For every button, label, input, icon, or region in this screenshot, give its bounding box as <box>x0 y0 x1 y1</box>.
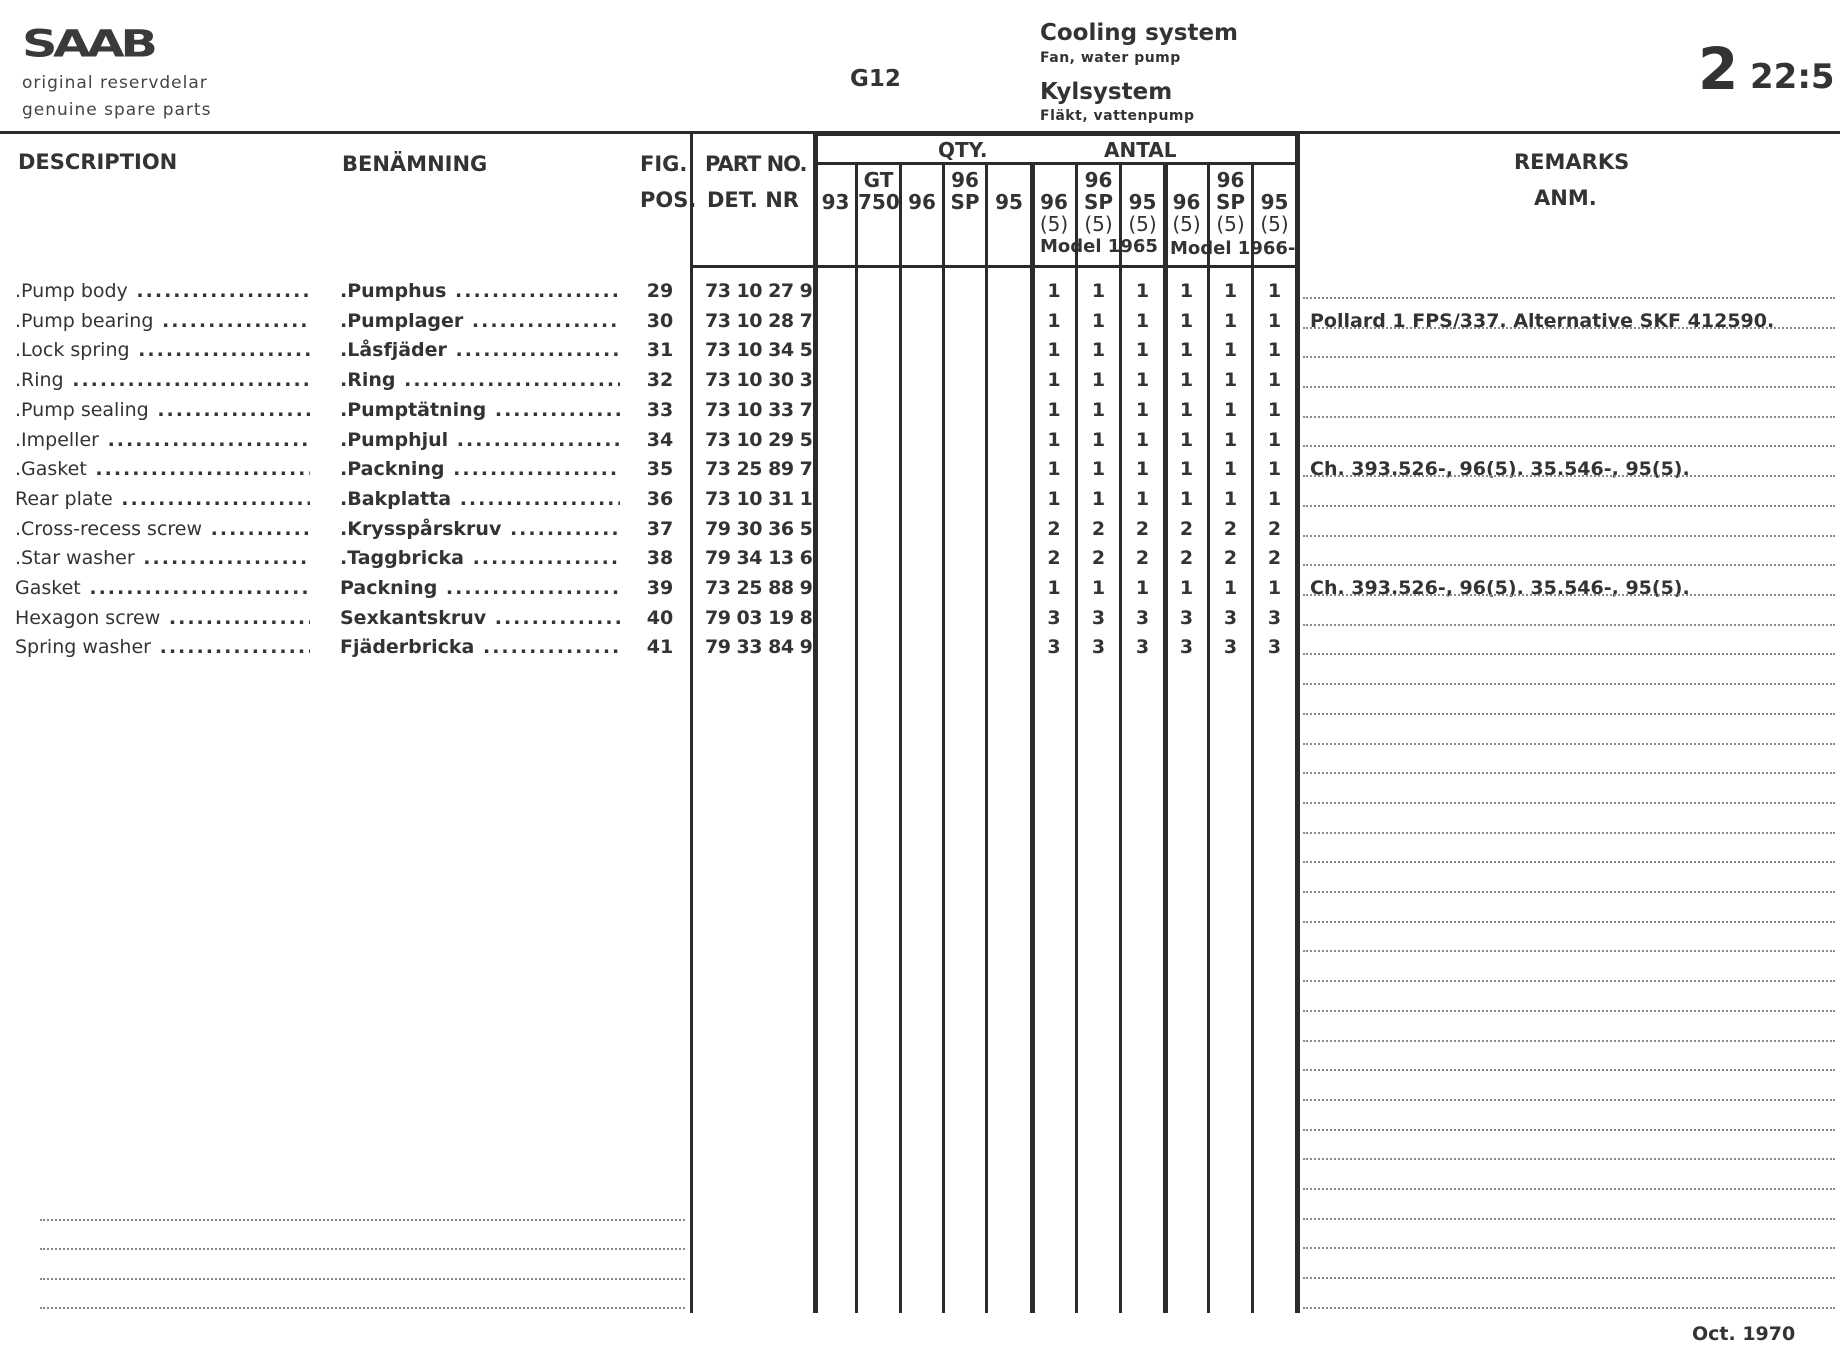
row-part-number: 79 30 36 5 <box>705 518 809 540</box>
remarks-dotted-line <box>1303 713 1835 715</box>
row-fig-pos: 35 <box>640 458 680 480</box>
row-qty: 2 <box>1033 547 1075 569</box>
subtitle-swedish: Fläkt, vattenpump <box>1040 108 1195 124</box>
row-part-number: 79 03 19 8 <box>705 607 809 629</box>
qty-model-header: 93 <box>816 191 855 213</box>
remarks-dotted-line <box>1303 505 1835 507</box>
remarks-dotted-line <box>1303 356 1835 358</box>
title-english: Cooling system <box>1040 20 1238 46</box>
qty-model-header: 95 <box>1122 191 1163 213</box>
row-qty: 3 <box>1078 636 1119 658</box>
row-qty: 3 <box>1122 607 1163 629</box>
row-qty: 1 <box>1166 429 1207 451</box>
remarks-dotted-line <box>1303 535 1835 537</box>
row-benamning: Fjäderbricka <box>340 636 620 658</box>
row-qty: 1 <box>1122 458 1163 480</box>
remarks-dotted-line <box>1303 1099 1835 1101</box>
row-qty: 1 <box>1122 339 1163 361</box>
row-part-number: 73 10 29 5 <box>705 429 809 451</box>
row-qty: 3 <box>1078 607 1119 629</box>
remarks-dotted-line <box>1303 921 1835 923</box>
tagline-english: genuine spare parts <box>22 100 211 120</box>
remarks-dotted-line <box>1303 594 1835 596</box>
remarks-dotted-line <box>1303 624 1835 626</box>
row-qty: 1 <box>1254 458 1295 480</box>
remarks-dotted-line <box>1303 861 1835 863</box>
row-part-number: 73 25 88 9 <box>705 577 809 599</box>
footer-date: Oct. 1970 <box>1692 1323 1795 1345</box>
description-dotted-line <box>40 1278 685 1280</box>
row-benamning: Sexkantskruv <box>340 607 620 629</box>
row-fig-pos: 34 <box>640 429 680 451</box>
remarks-dotted-line <box>1303 1129 1835 1131</box>
table-row: .Lock spring.Låsfjäder3173 10 34 5111111 <box>0 339 1840 369</box>
row-fig-pos: 30 <box>640 310 680 332</box>
row-description: .Lock spring <box>15 339 310 361</box>
column-pos: POS. <box>640 188 696 212</box>
row-qty: 2 <box>1210 518 1251 540</box>
row-benamning: Packning <box>340 577 620 599</box>
qty-header-mid-rule <box>813 162 1298 165</box>
row-qty: 2 <box>1254 547 1295 569</box>
table-row: Rear plate.Bakplatta3673 10 31 1111111 <box>0 488 1840 518</box>
row-qty: 1 <box>1078 280 1119 302</box>
row-qty: 2 <box>1122 518 1163 540</box>
row-part-number: 73 10 27 9 <box>705 280 809 302</box>
row-qty: 1 <box>1166 339 1207 361</box>
row-qty: 1 <box>1166 310 1207 332</box>
row-fig-pos: 36 <box>640 488 680 510</box>
row-benamning: .Pumptätning <box>340 399 620 421</box>
qty-model-header: 96 <box>902 191 942 213</box>
row-benamning: .Packning <box>340 458 620 480</box>
row-part-number: 79 34 13 6 <box>705 547 809 569</box>
column-fig: FIG. <box>640 152 687 176</box>
row-qty: 1 <box>1033 577 1075 599</box>
remarks-dotted-line <box>1303 1307 1835 1309</box>
remarks-dotted-line <box>1303 327 1835 329</box>
qty-model-header: SP <box>1210 191 1251 213</box>
table-row: .Star washer.Taggbricka3879 34 13 622222… <box>0 547 1840 577</box>
group-code: G12 <box>850 66 901 92</box>
row-qty: 1 <box>1254 488 1295 510</box>
remarks-dotted-line <box>1303 1158 1835 1160</box>
row-qty: 1 <box>1254 280 1295 302</box>
remarks-dotted-line <box>1303 832 1835 834</box>
table-row: Hexagon screwSexkantskruv4079 03 19 8333… <box>0 607 1840 637</box>
qty-header-top-rule <box>813 133 1298 136</box>
page-number: 22:5 <box>1750 60 1835 94</box>
row-fig-pos: 39 <box>640 577 680 599</box>
table-row: .Gasket.Packning3573 25 89 7111111Ch. 39… <box>0 458 1840 488</box>
table-row: .Pump bearing.Pumplager3073 10 28 711111… <box>0 310 1840 340</box>
row-qty: 1 <box>1166 399 1207 421</box>
column-description: DESCRIPTION <box>18 150 177 174</box>
remarks-dotted-line <box>1303 683 1835 685</box>
remarks-dotted-line <box>1303 1277 1835 1279</box>
row-fig-pos: 31 <box>640 339 680 361</box>
row-qty: 1 <box>1254 429 1295 451</box>
row-qty: 1 <box>1122 399 1163 421</box>
qty-model-header: 96 <box>945 169 985 191</box>
row-qty: 1 <box>1033 339 1075 361</box>
row-description: .Pump bearing <box>15 310 310 332</box>
row-qty: 1 <box>1254 339 1295 361</box>
row-description: .Star washer <box>15 547 310 569</box>
row-qty: 1 <box>1078 310 1119 332</box>
remarks-dotted-line <box>1303 1188 1835 1190</box>
row-description: .Pump sealing <box>15 399 310 421</box>
row-qty: 1 <box>1210 399 1251 421</box>
row-part-number: 73 25 89 7 <box>705 458 809 480</box>
description-dotted-line <box>40 1248 685 1250</box>
row-qty: 3 <box>1210 636 1251 658</box>
column-qty: QTY. <box>938 138 987 162</box>
row-qty: 1 <box>1078 488 1119 510</box>
remarks-dotted-line <box>1303 1218 1835 1220</box>
table-row: Spring washerFjäderbricka4179 33 84 9333… <box>0 636 1840 666</box>
qty-model-header: 96 <box>1166 191 1207 213</box>
column-anm: ANM. <box>1534 186 1597 210</box>
row-qty: 2 <box>1254 518 1295 540</box>
description-dotted-line <box>40 1219 685 1221</box>
row-fig-pos: 29 <box>640 280 680 302</box>
column-benamning: BENÄMNING <box>342 152 487 176</box>
remarks-dotted-line <box>1303 564 1835 566</box>
row-fig-pos: 40 <box>640 607 680 629</box>
row-benamning: .Krysspårskruv <box>340 518 620 540</box>
row-qty: 2 <box>1078 547 1119 569</box>
row-part-number: 73 10 33 7 <box>705 399 809 421</box>
row-qty: 3 <box>1166 607 1207 629</box>
remarks-dotted-line <box>1303 1069 1835 1071</box>
row-benamning: .Pumphjul <box>340 429 620 451</box>
qty-model-header: (5) <box>1033 213 1075 235</box>
row-qty: 1 <box>1210 488 1251 510</box>
row-qty: 3 <box>1254 607 1295 629</box>
row-qty: 1 <box>1122 577 1163 599</box>
row-qty: 1 <box>1210 458 1251 480</box>
row-qty: 1 <box>1254 310 1295 332</box>
row-fig-pos: 37 <box>640 518 680 540</box>
header-bottom-rule <box>690 265 1298 268</box>
table-row: .Ring.Ring3273 10 30 3111111 <box>0 369 1840 399</box>
column-part-no: PART NO. <box>705 152 807 176</box>
model-1965-label: Model 1965 <box>1040 236 1158 257</box>
remarks-dotted-line <box>1303 297 1835 299</box>
remarks-dotted-line <box>1303 475 1835 477</box>
row-qty: 1 <box>1033 369 1075 391</box>
qty-model-header: (5) <box>1122 213 1163 235</box>
column-remarks: REMARKS <box>1514 150 1629 174</box>
row-qty: 2 <box>1210 547 1251 569</box>
row-benamning: .Pumplager <box>340 310 620 332</box>
qty-model-header: GT <box>858 169 899 191</box>
row-qty: 3 <box>1210 607 1251 629</box>
row-qty: 1 <box>1210 280 1251 302</box>
remarks-dotted-line <box>1303 891 1835 893</box>
row-fig-pos: 38 <box>640 547 680 569</box>
title-swedish: Kylsystem <box>1040 79 1172 105</box>
row-qty: 1 <box>1078 458 1119 480</box>
remarks-dotted-line <box>1303 950 1835 952</box>
row-qty: 1 <box>1210 429 1251 451</box>
row-qty: 1 <box>1210 577 1251 599</box>
remarks-dotted-line <box>1303 802 1835 804</box>
row-part-number: 73 10 30 3 <box>705 369 809 391</box>
row-qty: 2 <box>1078 518 1119 540</box>
qty-model-header: (5) <box>1078 213 1119 235</box>
row-qty: 1 <box>1166 280 1207 302</box>
row-description: .Impeller <box>15 429 310 451</box>
row-benamning: .Låsfjäder <box>340 339 620 361</box>
row-description: Rear plate <box>15 488 310 510</box>
row-qty: 1 <box>1254 369 1295 391</box>
row-part-number: 73 10 28 7 <box>705 310 809 332</box>
qty-model-header: 750 <box>858 191 899 213</box>
remarks-dotted-line <box>1303 1010 1835 1012</box>
row-qty: 1 <box>1166 369 1207 391</box>
row-qty: 2 <box>1122 547 1163 569</box>
row-qty: 1 <box>1166 577 1207 599</box>
row-qty: 1 <box>1122 369 1163 391</box>
qty-model-header: (5) <box>1254 213 1295 235</box>
tagline-swedish: original reservdelar <box>22 73 208 93</box>
description-dotted-line <box>40 1307 685 1309</box>
table-row: GasketPackning3973 25 88 9111111Ch. 393.… <box>0 577 1840 607</box>
row-qty: 1 <box>1122 280 1163 302</box>
model-1966-label: Model 1966- <box>1170 238 1295 259</box>
row-qty: 1 <box>1210 339 1251 361</box>
row-qty: 1 <box>1122 310 1163 332</box>
row-qty: 2 <box>1166 547 1207 569</box>
page-section: 2 <box>1698 40 1738 98</box>
table-row: .Pump body.Pumphus2973 10 27 9111111 <box>0 280 1840 310</box>
remarks-dotted-line <box>1303 743 1835 745</box>
row-qty: 1 <box>1166 488 1207 510</box>
row-description: Gasket <box>15 577 310 599</box>
remarks-dotted-line <box>1303 1040 1835 1042</box>
qty-model-header: SP <box>945 191 985 213</box>
qty-model-header: (5) <box>1210 213 1251 235</box>
row-description: Hexagon screw <box>15 607 310 629</box>
row-qty: 1 <box>1254 577 1295 599</box>
row-benamning: .Pumphus <box>340 280 620 302</box>
row-part-number: 79 33 84 9 <box>705 636 809 658</box>
row-qty: 1 <box>1166 458 1207 480</box>
qty-model-header: 96 <box>1078 169 1119 191</box>
row-part-number: 73 10 34 5 <box>705 339 809 361</box>
qty-model-header: 96 <box>1210 169 1251 191</box>
table-row: .Pump sealing.Pumptätning3373 10 33 7111… <box>0 399 1840 429</box>
spacer <box>1030 234 1031 237</box>
saab-logo: SAAB <box>22 26 153 63</box>
row-qty: 3 <box>1122 636 1163 658</box>
remarks-dotted-line <box>1303 386 1835 388</box>
row-description: .Cross-recess screw <box>15 518 310 540</box>
row-qty: 1 <box>1033 488 1075 510</box>
qty-model-header: 95 <box>988 191 1030 213</box>
row-benamning: .Ring <box>340 369 620 391</box>
row-benamning: .Bakplatta <box>340 488 620 510</box>
column-det-nr: DET. NR <box>707 188 799 212</box>
row-qty: 1 <box>1078 369 1119 391</box>
remarks-dotted-line <box>1303 653 1835 655</box>
remarks-dotted-line <box>1303 416 1835 418</box>
row-description: Spring washer <box>15 636 310 658</box>
remarks-dotted-line <box>1303 772 1835 774</box>
row-qty: 1 <box>1033 429 1075 451</box>
qty-model-header: SP <box>1078 191 1119 213</box>
row-qty: 1 <box>1078 339 1119 361</box>
row-qty: 3 <box>1033 607 1075 629</box>
row-qty: 2 <box>1166 518 1207 540</box>
row-fig-pos: 33 <box>640 399 680 421</box>
row-qty: 1 <box>1033 458 1075 480</box>
row-benamning: .Taggbricka <box>340 547 620 569</box>
row-part-number: 73 10 31 1 <box>705 488 809 510</box>
row-qty: 3 <box>1166 636 1207 658</box>
row-qty: 1 <box>1122 488 1163 510</box>
row-description: .Pump body <box>15 280 310 302</box>
row-qty: 1 <box>1078 577 1119 599</box>
row-qty: 1 <box>1254 399 1295 421</box>
subtitle-english: Fan, water pump <box>1040 50 1181 66</box>
table-row: .Cross-recess screw.Krysspårskruv3779 30… <box>0 518 1840 548</box>
table-row: .Impeller.Pumphjul3473 10 29 5111111 <box>0 429 1840 459</box>
row-qty: 3 <box>1033 636 1075 658</box>
remarks-dotted-line <box>1303 980 1835 982</box>
row-qty: 1 <box>1033 399 1075 421</box>
qty-model-header: 96 <box>1033 191 1075 213</box>
row-description: .Ring <box>15 369 310 391</box>
row-description: .Gasket <box>15 458 310 480</box>
row-qty: 2 <box>1033 518 1075 540</box>
row-qty: 1 <box>1078 429 1119 451</box>
remarks-dotted-line <box>1303 445 1835 447</box>
row-fig-pos: 41 <box>640 636 680 658</box>
qty-model-header: 95 <box>1254 191 1295 213</box>
row-qty: 1 <box>1210 310 1251 332</box>
row-qty: 1 <box>1210 369 1251 391</box>
qty-model-header: (5) <box>1166 213 1207 235</box>
row-qty: 3 <box>1254 636 1295 658</box>
remarks-dotted-line <box>1303 1247 1835 1249</box>
row-qty: 1 <box>1033 310 1075 332</box>
row-qty: 1 <box>1078 399 1119 421</box>
row-qty: 1 <box>1122 429 1163 451</box>
column-antal: ANTAL <box>1104 138 1177 162</box>
row-qty: 1 <box>1033 280 1075 302</box>
row-fig-pos: 32 <box>640 369 680 391</box>
